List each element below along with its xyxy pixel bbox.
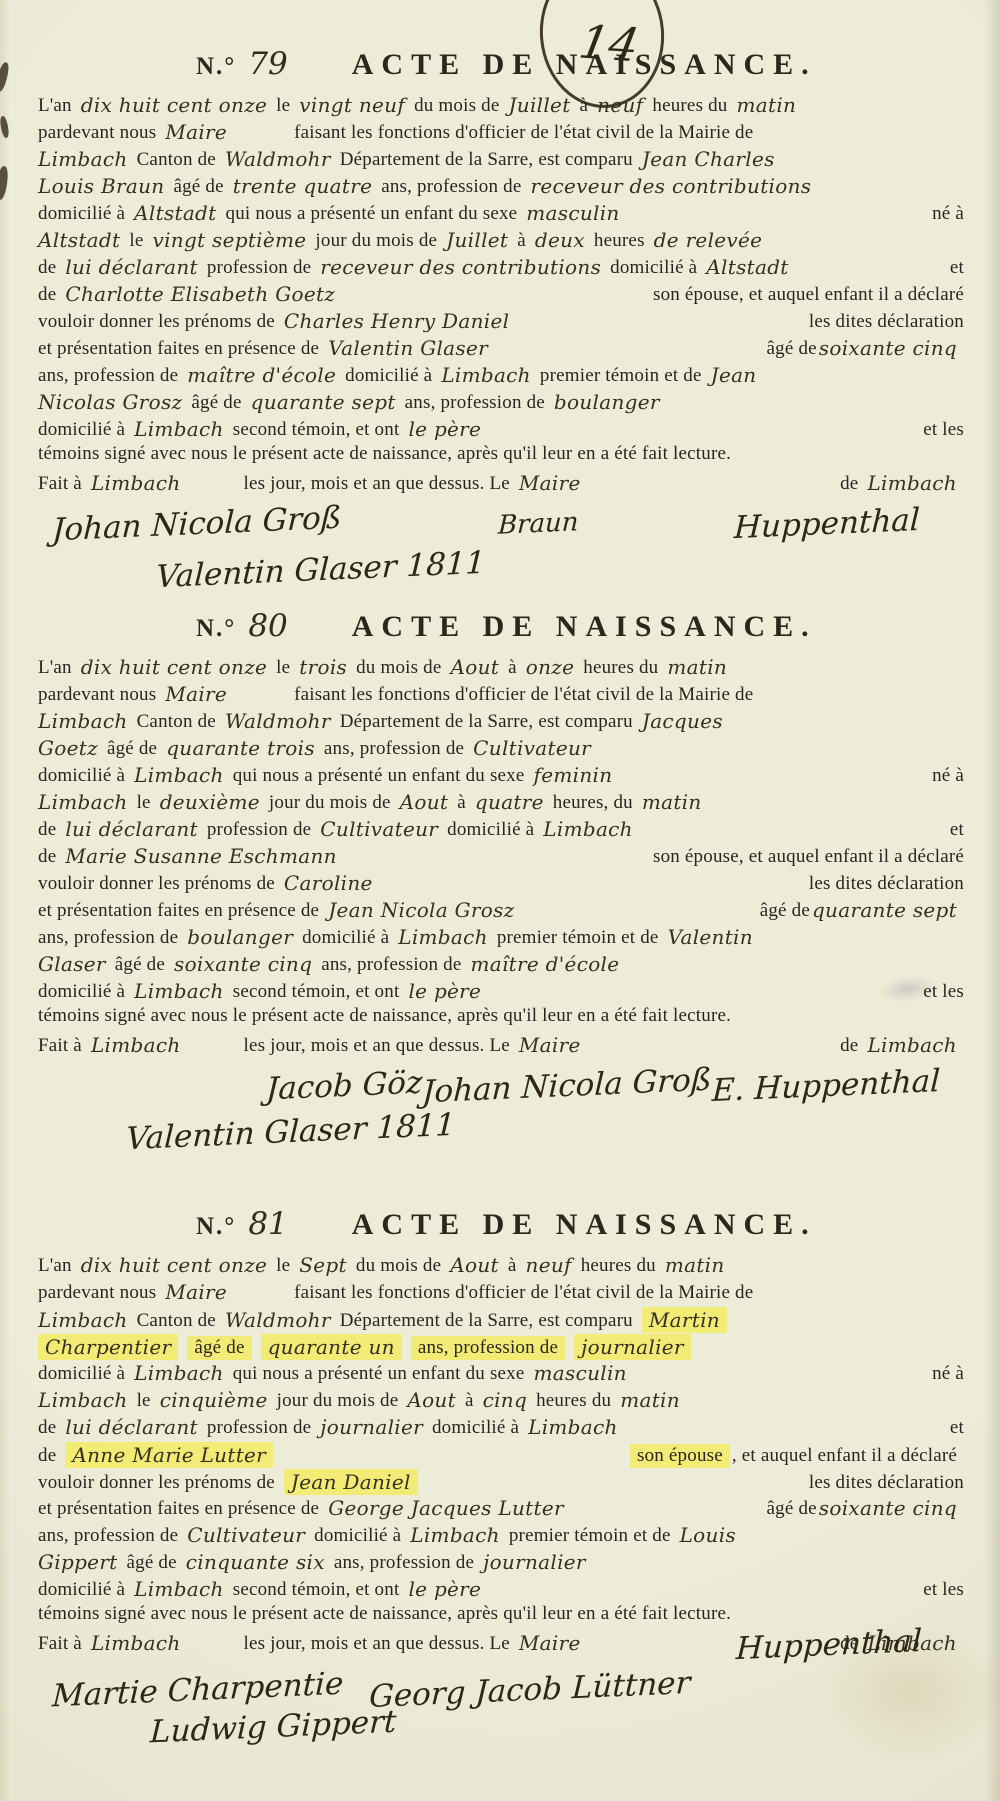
- handwritten-entry: Waldmohr: [225, 147, 331, 171]
- printed-form-text: faisant les fonctions d'officier de l'ét…: [294, 1282, 753, 1304]
- printed-form-text: et les: [923, 1579, 964, 1601]
- acte-header: N.°80ACTE DE NAISSANCE.: [196, 608, 966, 652]
- printed-form-text: faisant les fonctions d'officier de l'ét…: [294, 684, 753, 706]
- handwritten-entry: cinq: [483, 1388, 527, 1412]
- printed-form-text: Fait à: [38, 1633, 82, 1655]
- printed-form-text: domicilié à: [432, 1417, 519, 1439]
- handwritten-entry: Limbach: [91, 1033, 181, 1057]
- printed-form-text: de: [38, 819, 56, 841]
- printed-form-text: à: [580, 95, 589, 117]
- printed-form-text: à: [508, 1255, 517, 1277]
- printed-form-text: domicilié à: [447, 819, 534, 841]
- printed-form-text: les dites déclaration: [809, 311, 964, 333]
- printed-form-text: de: [38, 284, 56, 306]
- handwritten-entry: Glaser: [38, 952, 106, 976]
- handwritten-entry: receveur des contributions: [320, 255, 601, 279]
- printed-form-text: domicilié à: [610, 257, 697, 279]
- handwritten-entry: Anne Marie Lutter: [65, 1442, 273, 1468]
- printed-form-text: de: [840, 473, 858, 495]
- printed-form-text: jour du mois de: [269, 792, 391, 814]
- handwritten-entry: dix huit cent onze: [81, 1253, 267, 1277]
- printed-form-text: le: [276, 1255, 290, 1277]
- printed-form-text: L'an: [38, 657, 72, 679]
- handwritten-entry: matin: [642, 790, 702, 814]
- acte-body: L'andix huit cent onzeletroisdu mois deA…: [38, 654, 966, 1059]
- printed-form-text: faisant les fonctions d'officier de l'ét…: [294, 122, 753, 144]
- printed-form-text: de: [840, 1035, 858, 1057]
- handwritten-entry: deux: [535, 228, 585, 252]
- acte-line: domicilié àLimbachqui nous a présenté un…: [38, 1360, 966, 1387]
- acte-line: Fait àLimbachles jour, mois et an que de…: [38, 1032, 966, 1059]
- handwritten-entry: Aout: [451, 655, 500, 679]
- printed-form-text: et: [950, 819, 964, 841]
- printed-form-text: second témoin, et ont: [233, 981, 400, 1003]
- handwritten-entry: le père: [408, 1577, 481, 1601]
- acte-line: vouloir donner les prénoms deCarolineles…: [38, 870, 966, 897]
- handwritten-entry: Limbach: [91, 471, 181, 495]
- printed-form-text: et les: [923, 981, 964, 1003]
- handwritten-entry: trente quatre: [233, 174, 373, 198]
- printed-form-text: à: [508, 657, 517, 679]
- handwritten-entry: dix huit cent onze: [81, 93, 267, 117]
- handwritten-entry: Altstadt: [134, 201, 216, 225]
- printed-form-text: âgé de: [191, 392, 241, 414]
- handwritten-entry: Cultivateur: [320, 817, 438, 841]
- handwritten-entry: Limbach: [38, 147, 128, 171]
- acte-line: ans, profession demaître d'écoledomicili…: [38, 362, 966, 389]
- printed-form-text: heures du: [583, 657, 658, 679]
- handwritten-entry: le père: [408, 417, 481, 441]
- acte-line: domicilié àLimbachsecond témoin, et ontl…: [38, 978, 966, 1005]
- handwritten-entry: feminin: [534, 763, 613, 787]
- printed-form-text: témoins signé avec nous le présent acte …: [38, 1005, 731, 1027]
- signature: Ludwig Gippert: [149, 1704, 397, 1751]
- signature-row: Ludwig Gippert: [38, 1705, 966, 1749]
- handwritten-entry: Maire: [519, 1033, 581, 1057]
- printed-form-text: pardevant nous: [38, 1282, 156, 1304]
- printed-form-text: qui nous a présenté un enfant du sexe: [233, 765, 525, 787]
- printed-form-text: âgé de: [127, 1552, 177, 1574]
- acte-section: N.°80ACTE DE NAISSANCE.L'andix huit cent…: [0, 608, 1000, 1157]
- printed-form-text: , et auquel enfant il a déclaré: [732, 1445, 957, 1467]
- handwritten-entry: Limbach: [38, 790, 128, 814]
- acte-section: N.°79ACTE DE NAISSANCE.L'andix huit cent…: [0, 46, 1000, 595]
- handwritten-entry: matin: [620, 1388, 680, 1412]
- handwritten-entry: Altstadt: [38, 228, 120, 252]
- handwritten-entry: Limbach: [398, 925, 488, 949]
- printed-form-text: qui nous a présenté un enfant du sexe: [233, 1363, 525, 1385]
- printed-form-text: ans, profession de: [334, 1552, 474, 1574]
- handwritten-entry: vingt neuf: [299, 93, 405, 117]
- handwritten-entry: Altstadt: [706, 255, 788, 279]
- handwritten-entry: soixante cinq: [819, 1496, 957, 1520]
- acte-number: 81: [248, 1206, 287, 1242]
- handwritten-entry: soixante cinq: [174, 952, 312, 976]
- acte-body: L'andix huit cent onzelevingt neufdu moi…: [38, 92, 966, 497]
- printed-form-text: son épouse, et auquel enfant il a déclar…: [653, 284, 964, 306]
- handwritten-entry: Aout: [407, 1388, 456, 1412]
- printed-form-text: du mois de: [414, 95, 499, 117]
- handwritten-entry: neuf: [597, 93, 643, 117]
- printed-form-text: de: [38, 257, 56, 279]
- handwritten-entry: Maire: [519, 471, 581, 495]
- signature-row: Valentin Glaser 1811: [38, 1107, 966, 1157]
- acte-line: delui déclarantprofession dereceveur des…: [38, 254, 966, 281]
- printed-form-text: ans, profession de: [411, 1336, 565, 1360]
- printed-form-text: heures: [594, 230, 645, 252]
- printed-form-text: le: [276, 657, 290, 679]
- acte-body: L'andix huit cent onzeleSeptdu mois deAo…: [38, 1252, 966, 1657]
- acte-section: N.°81ACTE DE NAISSANCE.L'andix huit cent…: [0, 1206, 1000, 1749]
- handwritten-entry: masculin: [534, 1361, 627, 1385]
- printed-form-text: ans, profession de: [38, 1525, 178, 1547]
- signature: Johan Nicola Groß: [51, 500, 342, 549]
- printed-form-text: ans, profession de: [321, 954, 461, 976]
- handwritten-entry: deuxième: [160, 790, 260, 814]
- acte-line: Limbachledeuxièmejour du mois deAoutàqua…: [38, 789, 966, 816]
- acte-header: N.°81ACTE DE NAISSANCE.: [196, 1206, 966, 1250]
- handwritten-entry: Limbach: [38, 1388, 128, 1412]
- acte-line: pardevant nousMairefaisant les fonctions…: [38, 1279, 966, 1306]
- acte-line: L'andix huit cent onzeletroisdu mois deA…: [38, 654, 966, 681]
- signature: E. Huppenthal: [711, 1063, 941, 1109]
- printed-form-text: âgé de: [760, 900, 810, 922]
- handwritten-entry: Cultivateur: [187, 1523, 305, 1547]
- handwritten-entry: Maire: [519, 1631, 581, 1655]
- acte-line: delui déclarantprofession deCultivateurd…: [38, 816, 966, 843]
- signature: Valentin Glaser 1811: [125, 1107, 456, 1157]
- acte-line: Nicolas Groszâgé dequarante septans, pro…: [38, 389, 966, 416]
- printed-form-text: vouloir donner les prénoms de: [38, 1472, 275, 1494]
- acte-line: LimbachCanton deWaldmohrDépartement de l…: [38, 1306, 966, 1333]
- handwritten-entry: Louis Braun: [38, 174, 164, 198]
- handwritten-entry: Aout: [450, 1253, 499, 1277]
- handwritten-entry: lui déclarant: [65, 255, 198, 279]
- printed-form-text: et présentation faites en présence de: [38, 1498, 319, 1520]
- handwritten-entry: Charpentier: [38, 1334, 178, 1360]
- signature: Huppenthal: [733, 502, 920, 546]
- handwritten-entry: Limbach: [528, 1415, 618, 1439]
- printed-form-text: heures du: [581, 1255, 656, 1277]
- printed-form-text: jour du mois de: [315, 230, 437, 252]
- printed-form-text: Canton de: [137, 711, 216, 733]
- handwritten-entry: Aout: [400, 790, 449, 814]
- acte-line: Goetzâgé dequarante troisans, profession…: [38, 735, 966, 762]
- handwritten-entry: boulanger: [554, 390, 660, 414]
- acte-line: Gippertâgé decinquante sixans, professio…: [38, 1549, 966, 1576]
- printed-form-text: second témoin, et ont: [233, 419, 400, 441]
- acte-line: témoins signé avec nous le présent acte …: [38, 443, 966, 470]
- handwritten-entry: maître d'école: [470, 952, 619, 976]
- acte-line: et présentation faites en présence deVal…: [38, 335, 966, 362]
- printed-form-text: témoins signé avec nous le présent acte …: [38, 1603, 731, 1625]
- printed-form-text: âgé de: [173, 176, 223, 198]
- printed-form-text: second témoin, et ont: [233, 1579, 400, 1601]
- printed-form-text: ans, profession de: [405, 392, 545, 414]
- acte-number: 79: [248, 46, 287, 82]
- handwritten-entry: Maire: [165, 1280, 227, 1304]
- printed-form-text: profession de: [207, 257, 311, 279]
- handwritten-entry: Marie Susanne Eschmann: [65, 844, 336, 868]
- acte-line: Altstadtlevingt septièmejour du mois deJ…: [38, 227, 966, 254]
- printed-form-text: ans, profession de: [381, 176, 521, 198]
- printed-form-text: domicilié à: [38, 419, 125, 441]
- acte-line: deMarie Susanne Eschmannson épouse, et a…: [38, 843, 966, 870]
- handwritten-entry: lui déclarant: [65, 817, 198, 841]
- printed-form-text: Canton de: [137, 1310, 216, 1332]
- printed-form-text: vouloir donner les prénoms de: [38, 873, 275, 895]
- printed-form-text: âgé de: [767, 1498, 817, 1520]
- handwritten-entry: soixante cinq: [819, 336, 957, 360]
- handwritten-entry: Limbach: [134, 1577, 224, 1601]
- printed-form-text: premier témoin et de: [540, 365, 702, 387]
- printed-form-text: domicilié à: [38, 981, 125, 1003]
- acte-line: Glaserâgé desoixante cinqans, profession…: [38, 951, 966, 978]
- acte-line: pardevant nousMairefaisant les fonctions…: [38, 119, 966, 146]
- acte-line: domicilié àLimbachqui nous a présenté un…: [38, 762, 966, 789]
- printed-form-text: du mois de: [356, 657, 441, 679]
- printed-form-text: domicilié à: [314, 1525, 401, 1547]
- printed-form-text: de: [38, 846, 56, 868]
- handwritten-entry: Limbach: [134, 763, 224, 787]
- printed-form-text: pardevant nous: [38, 684, 156, 706]
- acte-number-prefix: N.°: [196, 53, 236, 81]
- printed-form-text: né à: [932, 765, 964, 787]
- printed-form-text: premier témoin et de: [497, 927, 659, 949]
- printed-form-text: domicilié à: [38, 1363, 125, 1385]
- handwritten-entry: Gippert: [38, 1550, 118, 1574]
- signature-row: Jacob GözJohan Nicola GroßE. Huppenthal: [38, 1061, 966, 1111]
- acte-line: deAnne Marie Lutterson épouse, et auquel…: [38, 1441, 966, 1468]
- printed-form-text: les jour, mois et an que dessus. Le: [244, 1633, 510, 1655]
- handwritten-entry: trois: [299, 655, 347, 679]
- printed-form-text: Département de la Sarre, est comparu: [340, 1310, 633, 1332]
- signature: Huppenthal: [735, 1623, 922, 1667]
- printed-form-text: le: [137, 792, 151, 814]
- handwritten-entry: matin: [667, 655, 727, 679]
- acte-number-prefix: N.°: [196, 615, 236, 643]
- printed-form-text: pardevant nous: [38, 122, 156, 144]
- printed-form-text: ans, profession de: [38, 365, 178, 387]
- handwritten-entry: matin: [737, 93, 797, 117]
- printed-form-text: les jour, mois et an que dessus. Le: [244, 473, 510, 495]
- handwritten-entry: lui déclarant: [65, 1415, 198, 1439]
- printed-form-text: témoins signé avec nous le présent acte …: [38, 443, 731, 465]
- signature-row: Johan Nicola GroßBraunHuppenthal: [38, 499, 966, 549]
- acte-line: vouloir donner les prénoms deJean Daniel…: [38, 1468, 966, 1495]
- printed-form-text: né à: [932, 1363, 964, 1385]
- handwritten-entry: dix huit cent onze: [81, 655, 267, 679]
- printed-form-text: du mois de: [356, 1255, 441, 1277]
- handwritten-entry: Cultivateur: [473, 736, 591, 760]
- handwritten-entry: journalier: [574, 1334, 691, 1360]
- handwritten-entry: Nicolas Grosz: [38, 390, 182, 414]
- handwritten-entry: Jean: [711, 363, 757, 387]
- handwritten-entry: Limbach: [867, 471, 957, 495]
- printed-form-text: le: [129, 230, 143, 252]
- acte-line: Louis Braunâgé detrente quatreans, profe…: [38, 173, 966, 200]
- handwritten-entry: Goetz: [38, 736, 98, 760]
- handwritten-entry: onze: [526, 655, 575, 679]
- printed-form-text: le: [137, 1390, 151, 1412]
- handwritten-entry: Jean Nicola Grosz: [328, 898, 514, 922]
- acte-line: témoins signé avec nous le présent acte …: [38, 1005, 966, 1032]
- handwritten-entry: Charlotte Elisabeth Goetz: [65, 282, 335, 306]
- handwritten-entry: Juillet: [446, 228, 508, 252]
- handwritten-entry: boulanger: [187, 925, 293, 949]
- acte-line: Charpentierâgé dequarante unans, profess…: [38, 1333, 966, 1360]
- handwritten-entry: le père: [408, 979, 481, 1003]
- handwritten-entry: Limbach: [134, 417, 224, 441]
- printed-form-text: ans, profession de: [38, 927, 178, 949]
- printed-form-text: son épouse: [630, 1444, 730, 1468]
- printed-form-text: Département de la Sarre, est comparu: [340, 149, 633, 171]
- handwritten-entry: maître d'école: [187, 363, 336, 387]
- acte-number-prefix: N.°: [196, 1213, 236, 1241]
- acte-line: domicilié àLimbachsecond témoin, et ontl…: [38, 1576, 966, 1603]
- printed-form-text: vouloir donner les prénoms de: [38, 311, 275, 333]
- acte-line: delui déclarantprofession dejournalierdo…: [38, 1414, 966, 1441]
- acte-line: et présentation faites en présence deGeo…: [38, 1495, 966, 1522]
- acte-number: 80: [248, 608, 287, 644]
- handwritten-entry: cinquante six: [186, 1550, 325, 1574]
- printed-form-text: le: [276, 95, 290, 117]
- printed-form-text: qui nous a présenté un enfant du sexe: [226, 203, 518, 225]
- signature: Valentin Glaser 1811: [155, 545, 486, 595]
- handwritten-entry: Valentin: [668, 925, 753, 949]
- handwritten-entry: Valentin Glaser: [328, 336, 488, 360]
- printed-form-text: son épouse, et auquel enfant il a déclar…: [653, 846, 964, 868]
- printed-form-text: à: [517, 230, 526, 252]
- printed-form-text: Canton de: [137, 149, 216, 171]
- printed-form-text: profession de: [207, 1417, 311, 1439]
- acte-line: Fait àLimbachles jour, mois et an que de…: [38, 470, 966, 497]
- handwritten-entry: Jacques: [642, 709, 723, 733]
- acte-line: domicilié àAltstadtqui nous a présenté u…: [38, 200, 966, 227]
- printed-form-text: âgé de: [115, 954, 165, 976]
- printed-form-text: à: [465, 1390, 474, 1412]
- handwritten-entry: journalier: [320, 1415, 423, 1439]
- acte-line: vouloir donner les prénoms deCharles Hen…: [38, 308, 966, 335]
- handwritten-entry: Limbach: [867, 1033, 957, 1057]
- acte-line: deCharlotte Elisabeth Goetzson épouse, e…: [38, 281, 966, 308]
- handwritten-entry: Limbach: [38, 1308, 128, 1332]
- handwritten-entry: receveur des contributions: [530, 174, 811, 198]
- printed-form-text: L'an: [38, 1255, 72, 1277]
- acte-line: Limbachlecinquièmejour du mois deAoutàci…: [38, 1387, 966, 1414]
- printed-form-text: âgé de: [767, 338, 817, 360]
- printed-form-text: heures du: [652, 95, 727, 117]
- handwritten-entry: Maire: [165, 120, 227, 144]
- handwritten-entry: Limbach: [543, 817, 633, 841]
- printed-form-text: premier témoin et de: [509, 1525, 671, 1547]
- handwritten-entry: quarante un: [261, 1334, 402, 1360]
- printed-form-text: et les: [923, 419, 964, 441]
- printed-form-text: domicilié à: [38, 203, 125, 225]
- printed-form-text: L'an: [38, 95, 72, 117]
- handwritten-entry: Limbach: [410, 1523, 500, 1547]
- printed-form-text: ans, profession de: [324, 738, 464, 760]
- signature: Jacob Göz: [265, 1065, 423, 1108]
- acte-line: L'andix huit cent onzelevingt neufdu moi…: [38, 92, 966, 119]
- handwritten-entry: Jean Charles: [642, 147, 775, 171]
- printed-form-text: de: [38, 1417, 56, 1439]
- acte-line: domicilié àLimbachsecond témoin, et ontl…: [38, 416, 966, 443]
- acte-title: ACTE DE NAISSANCE.: [352, 1208, 817, 1242]
- printed-form-text: de: [38, 1445, 56, 1467]
- acte-title: ACTE DE NAISSANCE.: [352, 48, 817, 82]
- printed-form-text: les jour, mois et an que dessus. Le: [244, 1035, 510, 1057]
- handwritten-entry: neuf: [526, 1253, 572, 1277]
- acte-line: LimbachCanton deWaldmohrDépartement de l…: [38, 146, 966, 173]
- handwritten-entry: de relevée: [654, 228, 763, 252]
- handwritten-entry: Waldmohr: [225, 1308, 331, 1332]
- handwritten-entry: quatre: [475, 790, 544, 814]
- printed-form-text: et: [950, 1417, 964, 1439]
- acte-line: pardevant nousMairefaisant les fonctions…: [38, 681, 966, 708]
- acte-header: N.°79ACTE DE NAISSANCE.: [196, 46, 966, 90]
- handwritten-entry: Louis: [680, 1523, 736, 1547]
- printed-form-text: jour du mois de: [277, 1390, 399, 1412]
- printed-form-text: les dites déclaration: [809, 873, 964, 895]
- printed-form-text: et présentation faites en présence de: [38, 900, 319, 922]
- signature-row: Valentin Glaser 1811: [38, 545, 966, 595]
- handwritten-entry: George Jacques Lutter: [328, 1496, 564, 1520]
- printed-form-text: à: [457, 792, 466, 814]
- handwritten-entry: Martin: [642, 1307, 727, 1333]
- handwritten-entry: Jean Daniel: [284, 1469, 418, 1495]
- acte-line: LimbachCanton deWaldmohrDépartement de l…: [38, 708, 966, 735]
- handwritten-entry: quarante sept: [812, 898, 957, 922]
- printed-form-text: domicilié à: [38, 1579, 125, 1601]
- handwritten-entry: matin: [665, 1253, 725, 1277]
- acte-line: ans, profession deCultivateurdomicilié à…: [38, 1522, 966, 1549]
- handwritten-entry: Waldmohr: [225, 709, 331, 733]
- acte-line: L'andix huit cent onzeleSeptdu mois deAo…: [38, 1252, 966, 1279]
- printed-form-text: les dites déclaration: [809, 1472, 964, 1494]
- handwritten-entry: cinquième: [160, 1388, 268, 1412]
- handwritten-entry: quarante trois: [166, 736, 315, 760]
- handwritten-entry: Limbach: [441, 363, 531, 387]
- acte-title: ACTE DE NAISSANCE.: [352, 610, 817, 644]
- handwritten-entry: Limbach: [38, 709, 128, 733]
- handwritten-entry: Limbach: [134, 1361, 224, 1385]
- printed-form-text: heures, du: [553, 792, 633, 814]
- printed-form-text: Département de la Sarre, est comparu: [340, 711, 633, 733]
- printed-form-text: domicilié à: [302, 927, 389, 949]
- acte-line: et présentation faites en présence deJea…: [38, 897, 966, 924]
- printed-form-text: âgé de: [187, 1336, 251, 1360]
- printed-form-text: domicilié à: [345, 365, 432, 387]
- handwritten-entry: Charles Henry Daniel: [284, 309, 509, 333]
- printed-form-text: profession de: [207, 819, 311, 841]
- handwritten-entry: vingt septième: [152, 228, 306, 252]
- printed-form-text: âgé de: [107, 738, 157, 760]
- handwritten-entry: Limbach: [91, 1631, 181, 1655]
- handwritten-entry: Caroline: [284, 871, 373, 895]
- printed-form-text: Fait à: [38, 1035, 82, 1057]
- handwritten-entry: Sept: [299, 1253, 347, 1277]
- printed-form-text: heures du: [536, 1390, 611, 1412]
- handwritten-entry: Maire: [165, 682, 227, 706]
- printed-form-text: domicilié à: [38, 765, 125, 787]
- handwritten-entry: quarante sept: [251, 390, 396, 414]
- printed-form-text: Fait à: [38, 473, 82, 495]
- handwritten-entry: Limbach: [134, 979, 224, 1003]
- printed-form-text: et présentation faites en présence de: [38, 338, 319, 360]
- printed-form-text: né à: [932, 203, 964, 225]
- handwritten-entry: journalier: [483, 1550, 586, 1574]
